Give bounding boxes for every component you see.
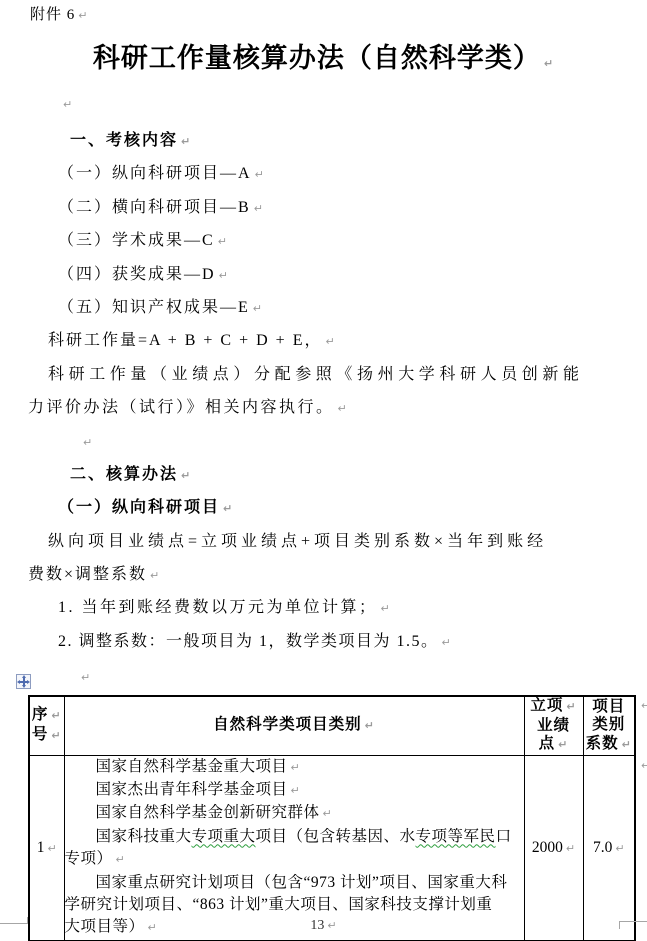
project-category-line: 专项）↵ [65,848,524,871]
pilcrow-mark: ↵ [291,784,301,797]
page-number: 13↵ [0,918,647,934]
row-number-cell: 1↵ [29,755,64,941]
spellcheck-squiggle: 专项重大 [192,828,256,845]
pilcrow-mark: ↵ [323,807,333,820]
pilcrow-mark: ↵ [442,636,453,649]
header-项目类别系数: 项目 类别 系数↵ [583,696,635,755]
points-cell: 2000↵ [524,755,583,941]
pilcrow-mark: ↵ [78,9,88,22]
pilcrow-mark: ↵ [253,302,264,315]
project-category-cell: 国家自然科学基金重大项目↵国家杰出青年科学基金项目↵国家自然科学基金创新研究群体… [64,755,524,941]
rule-item-1: 1. 当年到账经费数以万元为单位计算；↵ [58,591,620,624]
pilcrow-mark: ↵ [544,57,554,70]
project-category-line: 国家自然科学基金创新研究群体↵ [65,802,524,825]
document-body: 一、考核内容↵ （一）纵向科研项目—A↵ （二）横向科研项目—B↵ （三）学术成… [28,124,620,658]
pilcrow-mark: ↵ [218,235,229,248]
pilcrow-mark: ↵ [254,202,265,215]
empty-paragraph-mark: ↵ [81,670,90,686]
pilcrow-mark: ↵ [181,135,192,148]
empty-paragraph: ↵ [80,425,620,458]
rule-item-2: 2. 调整系数：一般项目为 1，数学类项目为 1.5。↵ [58,625,620,658]
list-item: （三）学术成果—C↵ [58,224,620,257]
end-of-row-mark: ↵ [641,758,647,774]
pilcrow-mark: ↵ [325,335,336,348]
pilcrow-mark: ↵ [150,569,161,582]
project-category-line: 国家杰出青年科学基金项目↵ [65,779,524,802]
table-move-handle-icon[interactable] [16,674,31,689]
document-page: 附件 6↵ 科研工作量核算办法（自然科学类）↵ ↵ 一、考核内容↵ （一）纵向科… [0,0,647,941]
pilcrow-mark: ↵ [83,436,94,449]
pilcrow-mark: ↵ [219,269,230,282]
attachment-label: 附件 6↵ [30,3,88,24]
list-item: （五）知识产权成果—E↵ [58,291,620,324]
pilcrow-mark: ↵ [116,853,126,866]
workload-formula: 科研工作量=A + B + C + D + E，↵ [48,324,620,357]
pilcrow-mark: ↵ [327,919,336,932]
pilcrow-mark: ↵ [291,761,301,774]
pilcrow-mark: ↵ [255,168,266,181]
note-line2: 力评价办法（试行）》相关内容执行。↵ [28,391,620,424]
pilcrow-mark: ↵ [181,469,192,482]
coefficient-cell: 7.0↵ [583,755,635,941]
page-title: 科研工作量核算办法（自然科学类）↵ [0,36,647,75]
section2-subheading: （一）纵向科研项目↵ [58,491,620,524]
project-category-line: 国家重点研究计划项目（包含“973 计划”项目、国家重大科 [65,872,524,894]
project-formula-line1: 纵向项目业绩点=立项业绩点+项目类别系数×当年到账经 [48,525,620,558]
end-of-row-mark: ↵ [641,698,647,714]
table-header-row: 序↵ 号↵ 自然科学类项目类别↵ 立项↵ 业绩 点↵ 项目 类别 系数↵ [29,696,635,755]
list-item: （四）获奖成果—D↵ [58,258,620,291]
header-立项业绩点: 立项↵ 业绩 点↵ [524,696,583,755]
note-line1: 科研工作量（业绩点）分配参照《扬州大学科研人员创新能 [48,358,620,391]
table-row: 1↵ 国家自然科学基金重大项目↵国家杰出青年科学基金项目↵国家自然科学基金创新研… [29,755,635,941]
section2-heading: 二、核算办法↵ [70,458,620,491]
project-formula-line2: 费数×调整系数↵ [28,558,620,591]
list-item: （二）横向科研项目—B↵ [58,191,620,224]
header-项目类别: 自然科学类项目类别↵ [64,696,524,755]
pilcrow-mark: ↵ [381,602,393,615]
empty-paragraph-mark: ↵ [63,97,72,113]
list-item: （一）纵向科研项目—A↵ [58,157,620,190]
header-序号: 序↵ 号↵ [29,696,64,755]
project-category-line: 国家自然科学基金重大项目↵ [65,756,524,779]
project-category-line: 国家科技重大专项重大项目（包含转基因、水专项等军民口 [65,826,524,848]
project-score-table: 序↵ 号↵ 自然科学类项目类别↵ 立项↵ 业绩 点↵ 项目 类别 系数↵ 1↵ … [28,695,636,941]
spellcheck-squiggle: 专项等军民 [416,828,496,845]
pilcrow-mark: ↵ [338,402,350,415]
pilcrow-mark: ↵ [223,502,234,515]
section1-heading: 一、考核内容↵ [70,124,620,157]
project-category-line: 学研究计划项目、“863 计划”重大项目、国家科技支撑计划重 [65,894,524,916]
